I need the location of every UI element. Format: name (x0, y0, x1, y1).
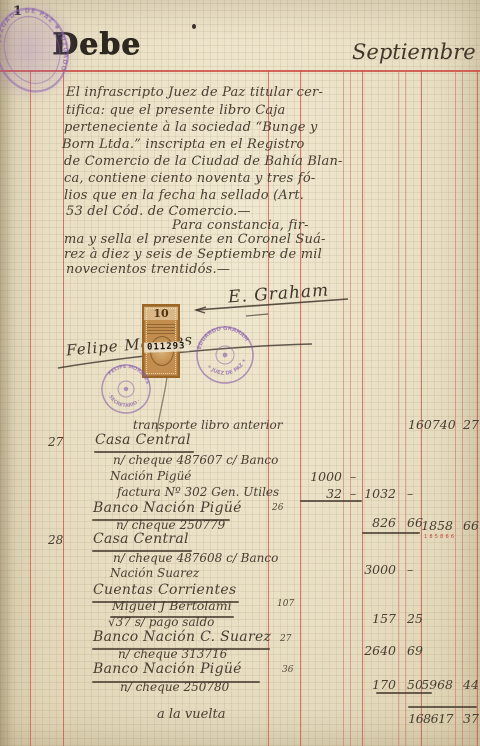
amount-pesos: 32 (300, 486, 342, 501)
amount-cents: – (407, 562, 413, 577)
amount-pesos: 5968 (408, 677, 453, 692)
ledger-date: 27 (48, 435, 63, 449)
amount-pesos: 826 (352, 515, 396, 530)
stamp-serial: 011293 (144, 341, 189, 353)
amount-pesos: 3000 (352, 562, 396, 577)
amount-pesos: 1858 (408, 518, 453, 533)
entry-title: Casa Central (95, 432, 191, 448)
entry-title: Banco Nación Pigüé (93, 500, 242, 516)
flourish-dash (246, 314, 268, 316)
page-total-pesos: 168617 (406, 711, 453, 726)
total-line (408, 706, 477, 708)
amount-cents: 44 (463, 677, 479, 692)
folio-number: 36 (282, 665, 293, 675)
ledger-date: 28 (48, 533, 63, 547)
title-underline (92, 681, 260, 683)
amount-pesos: 1000 (300, 469, 342, 484)
entry-title: Banco Nación C. Suarez (93, 629, 271, 645)
entry-title: Casa Central (93, 531, 189, 547)
entry-detail: Nación Suarez (110, 566, 199, 580)
entry-detail: n/ cheque 487608 c/ Banco (113, 551, 278, 565)
amount-cents: – (407, 486, 413, 501)
amount-pesos: 1032 (352, 486, 396, 501)
title-underline (94, 451, 194, 453)
page-total-cents: 37 (463, 711, 479, 726)
revenue-stamp-value: 10 (144, 307, 178, 320)
ledger-page: 1 Debe Septiembre ✱ JUZGADO DE PAZ ✱ JUZ… (0, 0, 480, 746)
red-check-annotation: 185866 (424, 534, 456, 540)
amount-cents: 27 (463, 417, 479, 432)
amount-pesos: 160740 (408, 417, 453, 432)
entry-detail: Nación Pigüé (110, 469, 191, 483)
vuelta-footer: a la vuelta (157, 707, 225, 722)
entry-detail: n/ cheque 487607 c/ Banco (113, 453, 278, 467)
amount-cents: 66 (463, 518, 479, 533)
amount-cents: 69 (407, 643, 423, 658)
entry-title: Banco Nación Pigüé (93, 661, 242, 677)
sum-line (376, 692, 432, 694)
signature-flourish (196, 299, 348, 310)
folio-number: 107 (277, 599, 294, 609)
title-underline (92, 519, 230, 521)
amount-pesos: 2640 (352, 643, 396, 658)
amount-pesos: 157 (352, 611, 396, 626)
entry-detail: factura Nº 302 Gen. Utiles (117, 485, 279, 499)
amount-pesos: 170 (352, 677, 396, 692)
amount-cents: – (350, 469, 356, 484)
carry-forward-label: transporte libro anterior (133, 418, 282, 432)
sum-line (300, 500, 362, 502)
sum-line (362, 532, 420, 534)
title-underline (92, 550, 192, 552)
folio-number: 27 (280, 634, 291, 644)
title-underline (92, 601, 239, 603)
title-underline (110, 616, 234, 618)
folio-number: 26 (272, 503, 283, 513)
revenue-stamp-text-lines (147, 322, 175, 334)
title-underline (92, 648, 270, 650)
amount-cents: 25 (407, 611, 423, 626)
entry-title: Cuentas Corrientes (93, 582, 236, 598)
